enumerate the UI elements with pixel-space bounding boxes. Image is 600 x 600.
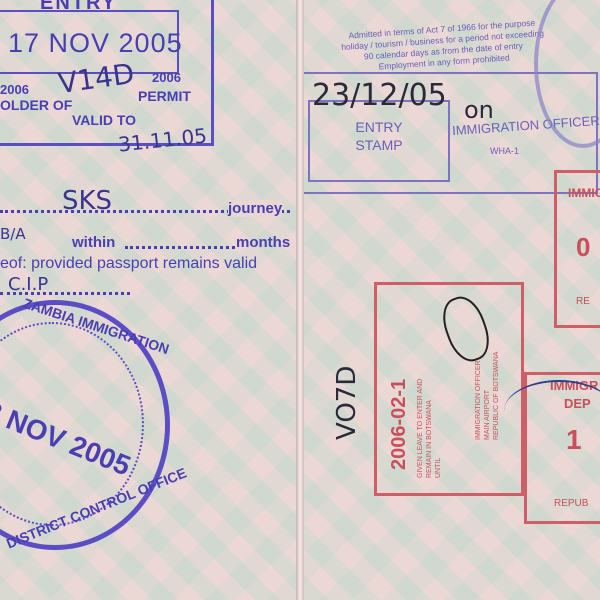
entry-stamp-date: 17 NOV 2005: [8, 28, 183, 59]
visa-prefix: B/A: [0, 225, 26, 243]
red-stamp-line: GIVEN LEAVE TO ENTER AND: [416, 379, 425, 478]
visa-validity-text: eof: provided passport remains valid: [0, 255, 257, 273]
entry-stamp-year-right: 2006: [152, 70, 181, 85]
red-stamp-left-text: GIVEN LEAVE TO ENTER AND REMAIN IN BOTSW…: [416, 379, 443, 478]
dotted-line-3: [0, 292, 130, 295]
signature: SKS: [62, 186, 112, 216]
entry-stamp-permit: PERMIT: [138, 88, 191, 104]
visa-within: within: [72, 234, 115, 251]
entry-stamp-label: ENTRY STAMP: [334, 118, 424, 154]
red-stamp-line: MAIN AIRPORT: [483, 352, 492, 440]
handwritten-arrival-date: 23/12/05: [312, 78, 447, 113]
red-stamp-right-text: IMMIGRATION OFFICER MAIN AIRPORT REPUBLI…: [474, 352, 501, 440]
partial-stamp-top-digit: 0: [576, 232, 590, 263]
handwritten-void: VO7D: [332, 366, 362, 440]
handwritten-initials: on: [464, 96, 494, 124]
visa-months: months: [236, 234, 290, 251]
partial-stamp-top-label: IMMIG: [568, 186, 600, 200]
visa-journey: journey: [228, 200, 282, 217]
red-stamp-date: 2006-02-1: [388, 379, 411, 470]
red-stamp-line: UNTIL: [434, 379, 443, 478]
left-passport-page: ENTRY 17 NOV 2005 2006 2006 OLDER OF PER…: [0, 0, 298, 600]
entry-stamp-valid-to: VALID TO: [72, 112, 136, 128]
red-stamp-line: REMAIN IN BOTSWANA: [425, 379, 434, 478]
red-stamp-line: IMMIGRATION OFFICER: [474, 352, 483, 440]
dotted-line-2: [125, 246, 235, 249]
red-stamp-line: REPUBLIC OF BOTSWANA: [492, 352, 501, 440]
right-passport-page: Admitted in terms of Act 7 of 1966 for t…: [304, 0, 600, 600]
entry-stamp-year-left: 2006: [0, 82, 29, 97]
partial-stamp-top-bottom: RE: [576, 296, 590, 307]
officer-code: WHA-1: [490, 146, 519, 156]
pen-stroke: [504, 380, 600, 442]
entry-stamp-header: ENTRY: [40, 0, 117, 15]
partial-stamp-bottom-footer: REPUB: [554, 498, 588, 509]
